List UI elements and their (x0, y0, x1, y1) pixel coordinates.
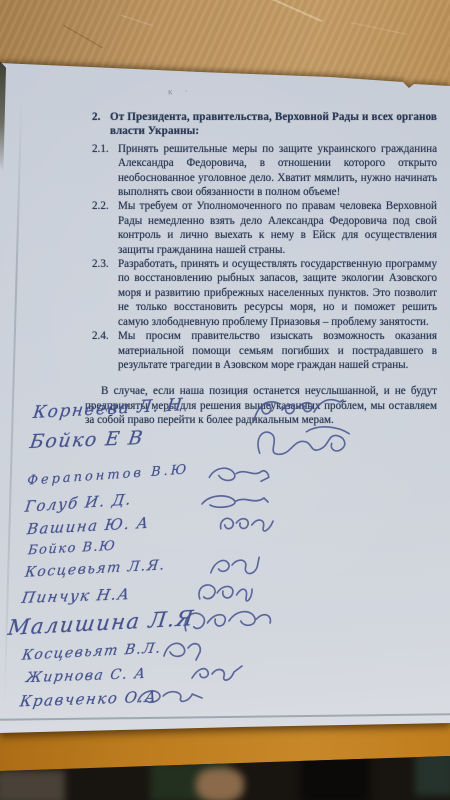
signature-flourish (132, 684, 204, 710)
signature-flourish (252, 420, 354, 464)
paper-fold-line (0, 713, 450, 720)
item-number: 2.4. (85, 329, 118, 372)
signature-flourish (180, 605, 276, 639)
faint-pencil-marks: к · (168, 86, 193, 97)
item-2-3: 2.3. Разработать, принять и осуществлять… (85, 257, 437, 329)
item-2-1: 2.1. Принять решительные меры по защите … (85, 142, 437, 200)
signature-flourish (198, 492, 270, 512)
signature-name: Голуб И. Д. (24, 490, 134, 516)
signature-name: Жирнова С. А (25, 666, 148, 686)
signature-name: Косцевьят В.Л. (21, 640, 163, 663)
item-text: Принять решительные меры по защите украи… (118, 142, 437, 200)
signature-name: Вашина Ю. А (26, 514, 151, 539)
item-text: Мы требуем от Уполномоченного по правам … (118, 199, 437, 257)
printed-text-block: 2. От Президента, правительства, Верховн… (85, 110, 437, 428)
item-2-2: 2.2. Мы требуем от Уполномоченного по пр… (85, 199, 437, 257)
heading-line: власти Украины: (110, 124, 437, 138)
signature-flourish (205, 464, 273, 487)
signature-name: Ферапонтов В.Ю (27, 462, 190, 488)
document-heading: 2. От Президента, правительства, Верховн… (85, 110, 437, 139)
paper-sheet: к · 2. От Президента, правительства, Вер… (0, 0, 450, 800)
signature-name: Бойко В.Ю (27, 539, 116, 559)
item-number: 2.2. (85, 199, 118, 257)
heading-line: От Президента, правительства, Верховной … (110, 110, 437, 124)
signature-name: Косцевьят Л.Я. (24, 557, 167, 580)
item-number: 2.1. (85, 142, 118, 200)
item-text: Мы просим правительство изыскать возможн… (118, 329, 437, 372)
signature-name: Пинчук Н.А (20, 585, 132, 607)
photo-of-document: к · 2. От Президента, правительства, Вер… (0, 0, 450, 800)
signature-name: Бойко Е В (28, 427, 145, 453)
signature-flourish (215, 511, 275, 537)
paper-sheet-wrap: к · 2. От Президента, правительства, Вер… (0, 0, 450, 800)
heading-number: 2. (92, 110, 101, 124)
item-text: Разработать, принять и осуществлять госу… (118, 257, 437, 329)
item-number: 2.3. (85, 257, 118, 329)
item-2-4: 2.4. Мы просим правительство изыскать во… (85, 329, 437, 372)
signature-name: Малишина Л.Я (7, 606, 196, 640)
